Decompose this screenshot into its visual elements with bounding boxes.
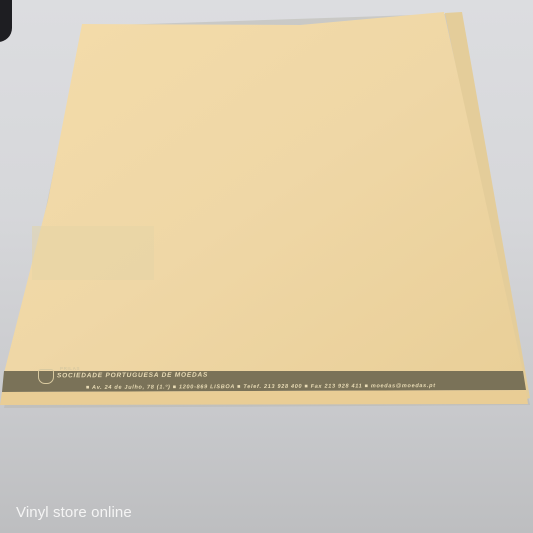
publisher-name: SOCIEDADE PORTUGUESA DE MOEDAS: [57, 372, 208, 380]
booklet-back-cover: PRILAS SOCIEDADE PORTUGUESA DE MOEDAS ■ …: [0, 0, 533, 533]
publisher-tag: PRILAS: [60, 366, 80, 371]
booklet-page: [0, 0, 533, 533]
watermark-text: Vinyl store online: [16, 504, 132, 521]
mint-logo-icon: [38, 369, 54, 384]
